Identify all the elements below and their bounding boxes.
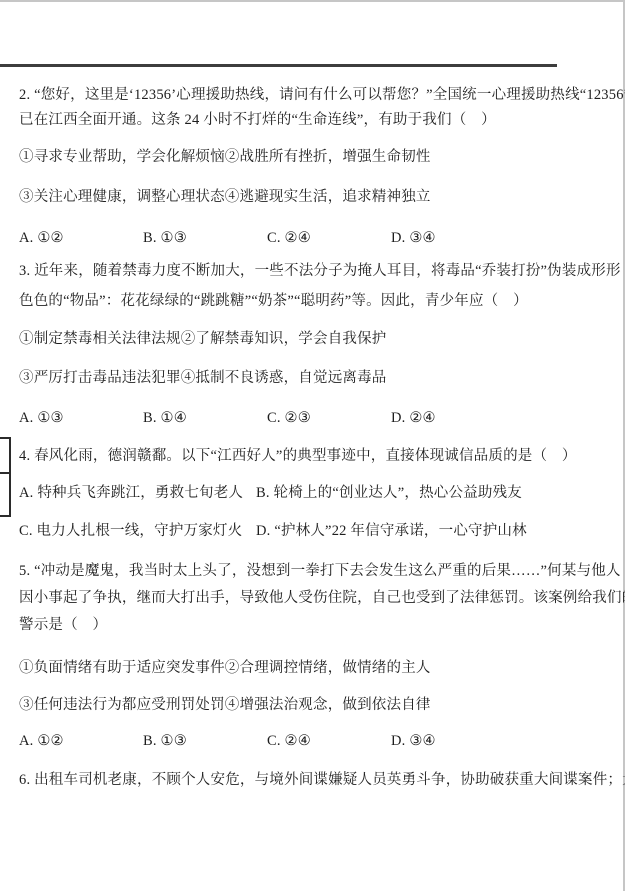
question-4-option-a: A. 特种兵飞奔跳江，勇救七旬老人	[19, 483, 243, 503]
question-3-item-line-2: ③严厉打击毒品违法犯罪④抵制不良诱惑，自觉远离毒品	[19, 368, 387, 388]
question-3-option-a: A. ①③	[19, 408, 64, 428]
question-5-item-line-2: ③任何违法行为都应受刑罚处罚④增强法治观念，做到依法自律	[19, 695, 431, 715]
question-3-stem-line-2: 色色的“物品”：花花绿绿的“跳跳糖”“奶茶”“聪明药”等。因此，青少年应（ ）	[19, 291, 528, 311]
left-cropped-table-fragment	[0, 437, 11, 517]
question-4-stem-line-1: 4. 春风化雨，德润赣鄱。以下“江西好人”的典型事迹中，直接体现诚信品质的是（ …	[19, 446, 577, 466]
question-5-option-d: D. ③④	[391, 731, 436, 751]
question-2-option-c: C. ②④	[267, 228, 311, 248]
question-5-stem-line-3: 警示是（ ）	[19, 615, 107, 635]
question-5-option-c: C. ②④	[267, 731, 311, 751]
question-5-stem-line-1: 5. “冲动是魔鬼，我当时太上头了，没想到一拳打下去会发生这么严重的后果……”何…	[19, 561, 621, 581]
question-5-stem-line-2: 因小事起了争执，继而大打出手，导致他人受伤住院，自己也受到了法律惩罚。该案例给我…	[19, 588, 625, 608]
exam-page: 2. “您好，这里是‘12356’心理援助热线，请问有什么可以帮您？”全国统一心…	[0, 0, 625, 891]
left-cropped-table-divider	[0, 472, 9, 474]
question-5-option-b: B. ①③	[143, 731, 187, 751]
question-4-options-row-2: C. 电力人扎根一线，守护万家灯火 D. “护林人”22 年信守承诺，一心守护山…	[0, 521, 625, 541]
question-4-options-row-1: A. 特种兵飞奔跳江，勇救七旬老人 B. 轮椅上的“创业达人”，热心公益助残友	[0, 483, 625, 503]
question-2-stem-line-1: 2. “您好，这里是‘12356’心理援助热线，请问有什么可以帮您？”全国统一心…	[19, 85, 625, 105]
question-6-stem-line-1: 6. 出租车司机老康，不顾个人安危，与境外间谍嫌疑人员英勇斗争，协助破获重大间谍…	[19, 770, 625, 790]
page-top-border	[0, 0, 625, 2]
question-5-option-a: A. ①②	[19, 731, 64, 751]
question-2-stem-line-2: 已在江西全面开通。这条 24 小时不打烊的“生命连线”，有助于我们（ ）	[19, 110, 496, 130]
question-3-stem-line-1: 3. 近年来，随着禁毒力度不断加大，一些不法分子为掩人耳目，将毒品“乔装打扮”伪…	[19, 261, 621, 281]
question-2-option-b: B. ①③	[143, 228, 187, 248]
question-3-option-c: C. ②③	[267, 408, 311, 428]
question-3-item-line-1: ①制定禁毒相关法律法规②了解禁毒知识，学会自我保护	[19, 329, 387, 349]
question-2-option-d: D. ③④	[391, 228, 436, 248]
question-2-item-line-1: ①寻求专业帮助，学会化解烦恼②战胜所有挫折，增强生命韧性	[19, 147, 431, 167]
question-4-option-b: B. 轮椅上的“创业达人”，热心公益助残友	[256, 483, 522, 503]
question-3-option-b: B. ①④	[143, 408, 187, 428]
question-5-item-line-1: ①负面情绪有助于适应突发事件②合理调控情绪，做情绪的主人	[19, 658, 431, 678]
question-2-options-row: A. ①② B. ①③ C. ②④ D. ③④	[0, 228, 625, 248]
question-2-item-line-2: ③关注心理健康，调整心理状态④逃避现实生活，追求精神独立	[19, 187, 431, 207]
question-2-option-a: A. ①②	[19, 228, 64, 248]
question-5-options-row: A. ①② B. ①③ C. ②④ D. ③④	[0, 731, 625, 751]
question-4-option-d: D. “护林人”22 年信守承诺，一心守护山林	[256, 521, 527, 541]
question-3-option-d: D. ②④	[391, 408, 436, 428]
header-divider-line	[0, 64, 557, 67]
question-3-options-row: A. ①③ B. ①④ C. ②③ D. ②④	[0, 408, 625, 428]
question-4-option-c: C. 电力人扎根一线，守护万家灯火	[19, 521, 242, 541]
